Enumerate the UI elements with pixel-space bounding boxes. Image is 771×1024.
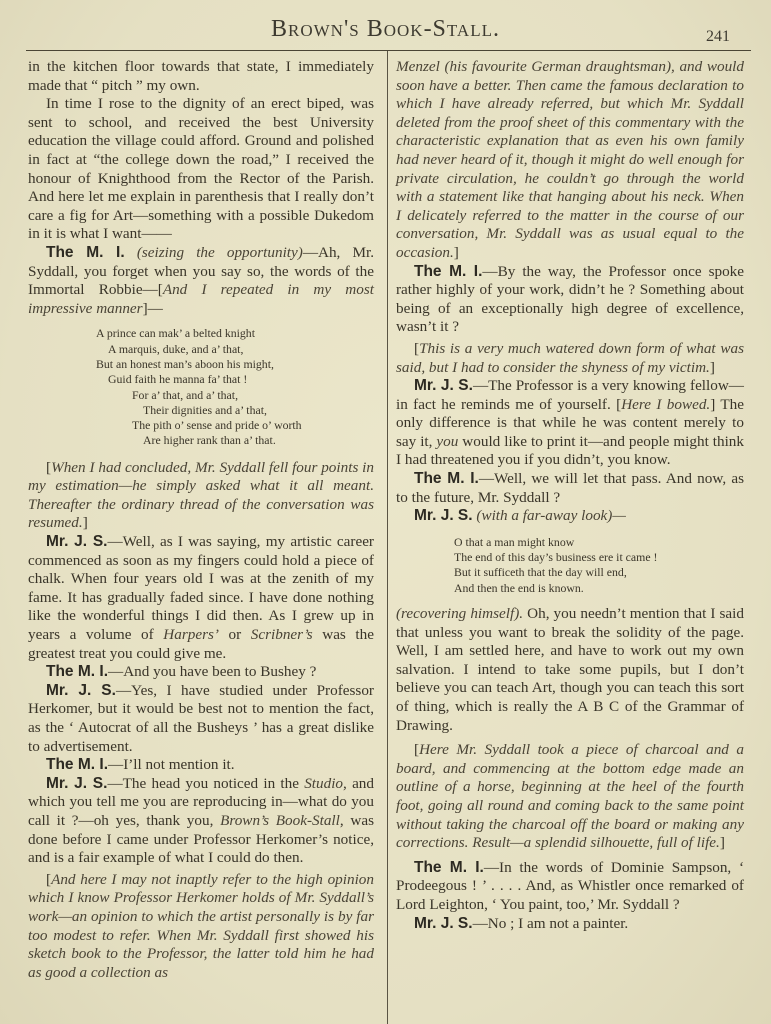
verse-line: A prince can mak’ a belted knight xyxy=(96,326,374,341)
verse-line: For a’ that, and a’ that, xyxy=(132,388,374,403)
dialogue-paragraph: The M. I.—I’ll not mention it. xyxy=(28,756,374,775)
speaker-label: Mr. J. S. xyxy=(414,507,473,524)
verse-line: Guid faith he manna fa’ that ! xyxy=(108,372,374,387)
stage-direction: When I had concluded, Mr. Syddall fell f… xyxy=(28,459,374,532)
stage-direction: Menzel (his favourite German draughtsman… xyxy=(396,58,744,261)
stage-direction: (with a far-away look)— xyxy=(476,507,625,524)
verse-line: And then the end is known. xyxy=(454,581,744,596)
verse-line: Their dignities and a’ that, xyxy=(143,403,374,418)
speaker-label: The M. I. xyxy=(46,756,108,773)
speaker-label: Mr. J. S. xyxy=(46,775,107,792)
running-head: Brown's Book-Stall. 241 xyxy=(0,12,771,46)
dialogue-paragraph: Mr. J. S.—No ; I am not a painter. xyxy=(396,915,744,934)
bracket: ] xyxy=(720,834,725,851)
editorial-note: [Here Mr. Syddall took a piece of charco… xyxy=(396,741,744,853)
verse-line: But an honest man’s aboon his might, xyxy=(96,357,374,372)
dialogue-text: —I’ll not mention it. xyxy=(108,756,235,773)
publication-title: Harpers’ xyxy=(163,626,219,643)
dialogue-paragraph: The M. I.—And you have been to Bushey ? xyxy=(28,663,374,682)
editorial-note: [This is a very much watered down form o… xyxy=(396,340,744,377)
right-column: Menzel (his favourite German draughtsman… xyxy=(396,58,744,933)
dialogue-text: —The head you noticed in the xyxy=(107,775,304,792)
stage-direction: (recovering himself). xyxy=(396,605,523,622)
publication-title: Studio xyxy=(304,775,343,792)
speaker-label: The M. I. xyxy=(414,263,482,280)
page-number: 241 xyxy=(706,28,730,46)
editorial-note: Menzel (his favourite German draughtsman… xyxy=(396,58,744,263)
speaker-label: Mr. J. S. xyxy=(46,533,107,550)
dialogue-text: —No ; I am not a painter. xyxy=(473,915,629,932)
left-column: in the kitchen floor towards that state,… xyxy=(28,58,374,982)
speaker-label: The M. I. xyxy=(414,859,484,876)
speaker-label: The M. I. xyxy=(46,663,108,680)
dialogue-paragraph: Mr. J. S.—Yes, I have studied under Prof… xyxy=(28,682,374,756)
speaker-label: The M. I. xyxy=(46,244,125,261)
stage-direction: Here Mr. Syddall took a piece of charcoa… xyxy=(396,741,744,851)
verse-block: O that a man might know The end of this … xyxy=(454,535,744,596)
dialogue-paragraph: The M. I. (seizing the opportunity)—Ah, … xyxy=(28,244,374,318)
dialogue-text: ]— xyxy=(143,300,163,317)
verse-line: A marquis, duke, and a’ that, xyxy=(108,342,374,357)
column-divider xyxy=(387,51,388,1024)
speaker-label: Mr. J. S. xyxy=(46,682,116,699)
dialogue-paragraph: (recovering himself). Oh, you needn’t me… xyxy=(396,605,744,735)
verse-line: O that a man might know xyxy=(454,535,744,550)
stage-direction: Here I bowed. xyxy=(621,396,710,413)
dialogue-text: —And you have been to Bushey ? xyxy=(108,663,316,680)
bracket: ] xyxy=(83,514,88,531)
editorial-note: [And here I may not inaptly refer to the… xyxy=(28,871,374,983)
header-rule xyxy=(26,50,751,51)
speaker-label: Mr. J. S. xyxy=(414,915,473,932)
running-title: Brown's Book-Stall. xyxy=(0,16,771,43)
editorial-note: [When I had concluded, Mr. Syddall fell … xyxy=(28,459,374,533)
publication-title: Scribner’s xyxy=(251,626,313,643)
verse-block: A prince can mak’ a belted knight A marq… xyxy=(96,326,374,448)
dialogue-paragraph: Mr. J. S.—The head you noticed in the St… xyxy=(28,775,374,868)
stage-direction: And here I may not inaptly refer to the … xyxy=(28,871,374,981)
bracket: ] xyxy=(454,244,459,261)
verse-line: The end of this day’s business ere it ca… xyxy=(454,550,744,565)
verse-line: Are higher rank than a’ that. xyxy=(143,433,374,448)
dialogue-text: or xyxy=(219,626,251,643)
dialogue-paragraph: Mr. J. S.—Well, as I was saying, my arti… xyxy=(28,533,374,663)
dialogue-paragraph: Mr. J. S. (with a far-away look)— xyxy=(396,507,744,526)
dialogue-paragraph: The M. I.—Well, we will let that pass. A… xyxy=(396,470,744,507)
dialogue-paragraph: Mr. J. S.—The Professor is a very knowin… xyxy=(396,377,744,470)
verse-line: But it sufficeth that the day will end, xyxy=(454,565,744,580)
bracket: ] xyxy=(710,359,715,376)
paragraph: In time I rose to the dignity of an erec… xyxy=(28,95,374,244)
verse-line: The pith o’ sense and pride o’ worth xyxy=(132,418,374,433)
dialogue-paragraph: The M. I.—In the words of Dominie Sampso… xyxy=(396,859,744,915)
paragraph: in the kitchen floor towards that state,… xyxy=(28,58,374,95)
dialogue-paragraph: The M. I.—By the way, the Professor once… xyxy=(396,263,744,337)
publication-title: Brown’s Book-Stall xyxy=(220,812,340,829)
book-page: Brown's Book-Stall. 241 in the kitchen f… xyxy=(0,0,771,1024)
stage-direction: (seizing the opportunity) xyxy=(137,244,303,261)
stage-direction: This is a very much watered down form of… xyxy=(396,340,744,376)
speaker-label: Mr. J. S. xyxy=(414,377,473,394)
speaker-label: The M. I. xyxy=(414,470,479,487)
emphasis: you xyxy=(436,433,458,450)
dialogue-text: Oh, you needn’t mention that I said that… xyxy=(396,605,744,734)
